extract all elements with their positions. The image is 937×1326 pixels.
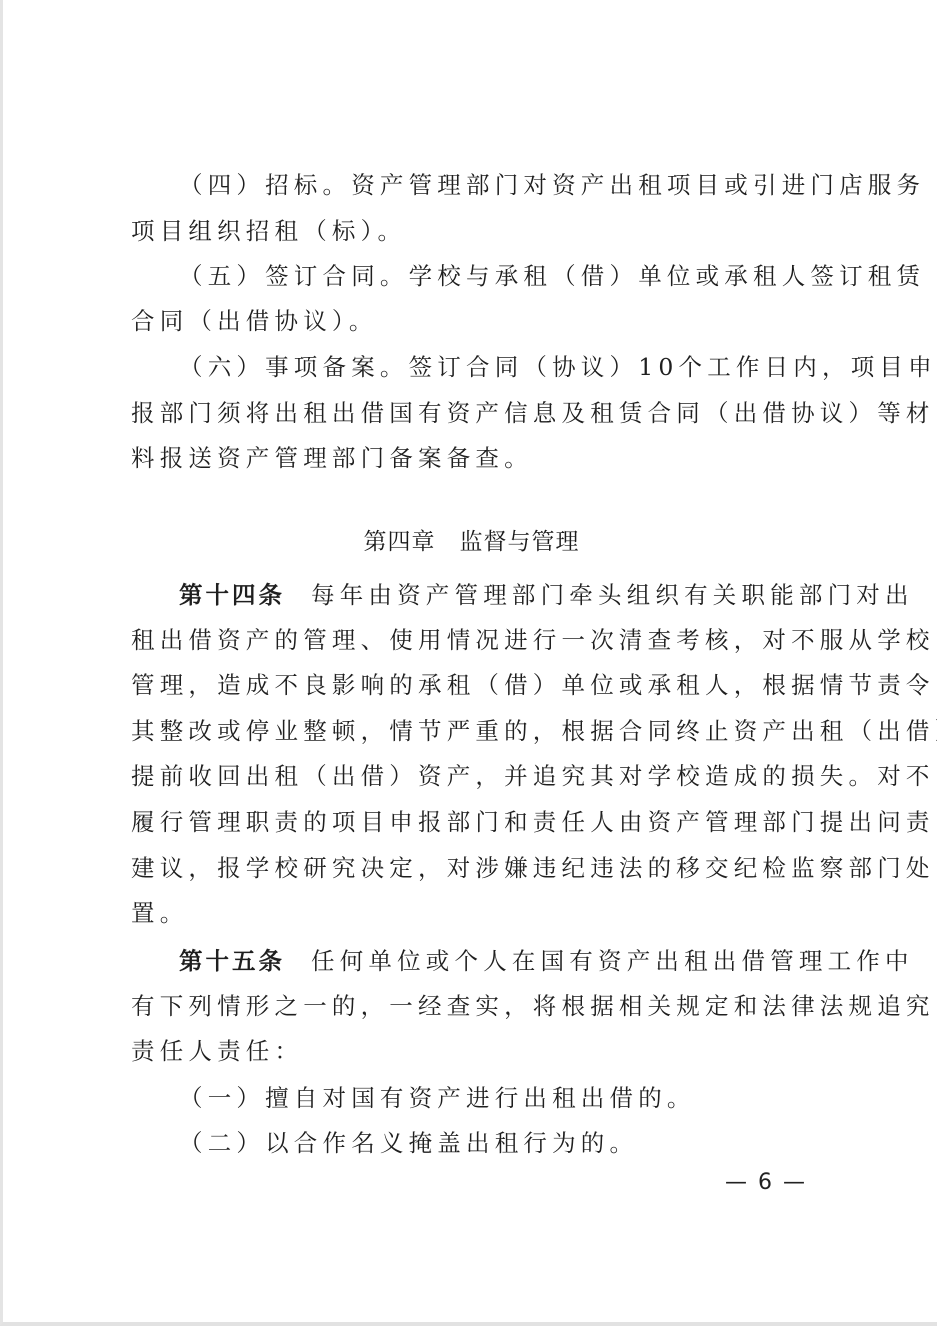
item-6-line-3: 料报送资产管理部门备案备查。 (131, 443, 829, 473)
article-15-first-line: 任何单位或个人在国有资产出租出借管理工作中 (311, 947, 914, 975)
item-5-line-1: （五）签订合同。学校与承租（借）单位或承租人签订租赁 (179, 261, 829, 291)
article-15-line-1: 第十五条任何单位或个人在国有资产出租出借管理工作中 (179, 946, 829, 976)
article-15-line-3: 责任人责任： (131, 1036, 829, 1066)
item-4-line-2: 项目组织招租（标）。 (131, 216, 829, 246)
article-14-label: 第十四条 (179, 581, 285, 609)
article-14-line-4: 其整改或停业整顿，情节严重的，根据合同终止资产出租（出借）， (131, 716, 829, 746)
chapter-title: 监督与管理 (460, 529, 580, 555)
item-5-line-2: 合同（出借协议）。 (131, 306, 829, 336)
page-number: — 6 — (725, 1170, 807, 1195)
article-15-label: 第十五条 (179, 947, 285, 975)
article-14-line-7: 建议，报学校研究决定，对涉嫌违纪违法的移交纪检监察部门处 (131, 853, 829, 883)
document-page: （四）招标。资产管理部门对资产出租项目或引进门店服务 项目组织招租（标）。 （五… (0, 0, 937, 1326)
article-14-line-2: 租出借资产的管理、使用情况进行一次清查考核，对不服从学校 (131, 625, 829, 655)
article-14-first-line: 每年由资产管理部门牵头组织有关职能部门对出 (311, 581, 914, 609)
article-14-line-8: 置。 (131, 898, 829, 928)
item-6-line-2: 报部门须将出租出借国有资产信息及租赁合同（出借协议）等材 (131, 398, 829, 428)
article-15-line-2: 有下列情形之一的，一经查实，将根据相关规定和法律法规追究 (131, 991, 829, 1021)
article-14-line-6: 履行管理职责的项目申报部门和责任人由资产管理部门提出问责 (131, 807, 829, 837)
article-14-line-1: 第十四条每年由资产管理部门牵头组织有关职能部门对出 (179, 580, 829, 610)
article-14-line-3: 管理，造成不良影响的承租（借）单位或承租人，根据情节责令 (131, 670, 829, 700)
article-15-item-1: （一）擅自对国有资产进行出租出借的。 (179, 1083, 829, 1113)
article-15-item-2: （二）以合作名义掩盖出租行为的。 (179, 1128, 829, 1158)
item-6-line-1: （六）事项备案。签订合同（协议）10个工作日内，项目申 (179, 352, 829, 382)
chapter-number: 第四章 (364, 529, 436, 555)
article-14-line-5: 提前收回出租（出借）资产，并追究其对学校造成的损失。对不 (131, 761, 829, 791)
chapter-heading: 第四章监督与管理 (3, 523, 937, 556)
item-4-line-1: （四）招标。资产管理部门对资产出租项目或引进门店服务 (179, 170, 829, 200)
